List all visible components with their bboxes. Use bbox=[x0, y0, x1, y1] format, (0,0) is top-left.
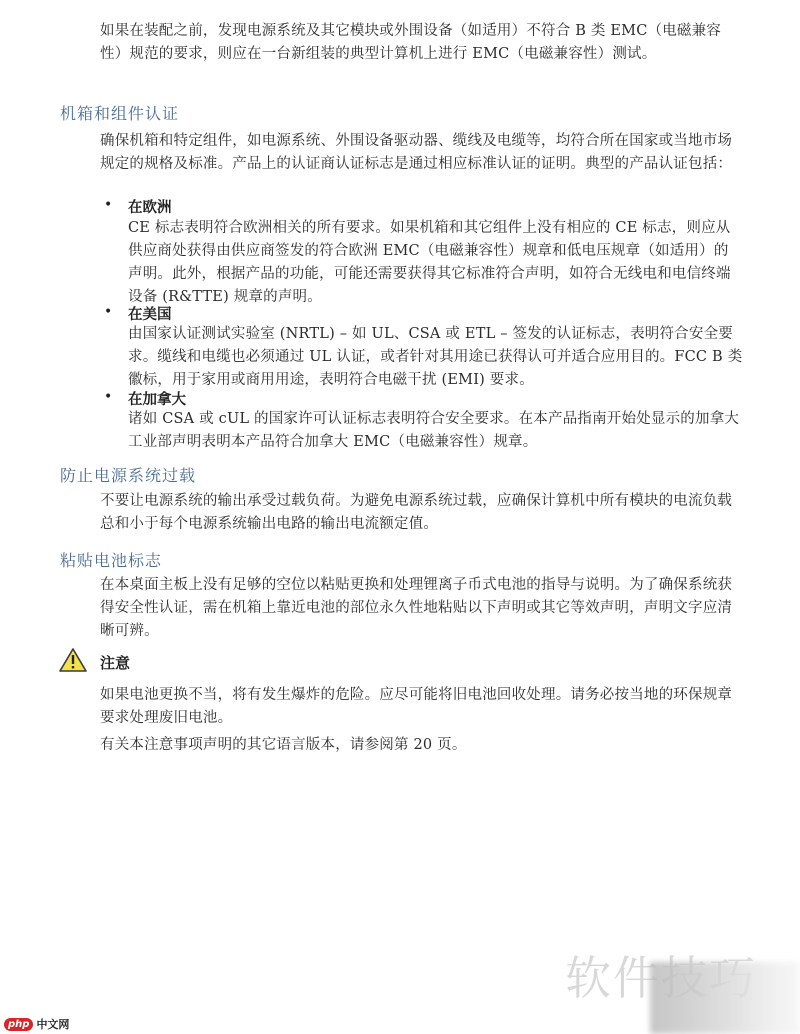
bullet-icon: • bbox=[104, 389, 112, 405]
bullet-body-usa: 由国家认证测试实验室 (NRTL) – 如 UL、CSA 或 ETL – 签发的… bbox=[128, 323, 743, 392]
bullet-icon: • bbox=[104, 304, 112, 320]
watermark-blur-overlay bbox=[650, 962, 800, 1034]
bullet-title-europe: 在欧洲 bbox=[128, 196, 172, 217]
document-page: 如果在装配之前，发现电源系统及其它模块或外围设备（如适用）不符合 B 类 EMC… bbox=[0, 0, 800, 1034]
bullet-body-europe: CE 标志表明符合欧洲相关的所有要求。如果机箱和其它组件上没有相应的 CE 标志… bbox=[128, 217, 743, 309]
caution-body: 如果电池更换不当，将有发生爆炸的危险。应尽可能将旧电池回收处理。请务必按当地的环… bbox=[100, 684, 740, 730]
caution-reference: 有关本注意事项声明的其它语言版本，请参阅第 20 页。 bbox=[100, 734, 740, 757]
section-heading-battery-label: 粘贴电池标志 bbox=[60, 548, 162, 571]
section-body-chassis-certification: 确保机箱和特定组件，如电源系统、外围设备驱动器、缆线及电缆等，均符合所在国家或当… bbox=[100, 130, 740, 176]
section-body-power-overload: 不要让电源系统的输出承受过载负荷。为避免电源系统过载，应确保计算机中所有模块的电… bbox=[100, 490, 740, 536]
bullet-title-canada: 在加拿大 bbox=[128, 388, 186, 409]
php-logo-icon: php bbox=[4, 1018, 33, 1031]
site-logo: php 中文网 bbox=[4, 1016, 69, 1032]
logo-text: 中文网 bbox=[36, 1016, 69, 1032]
section-body-battery-label: 在本桌面主板上没有足够的空位以粘贴更换和处理锂离子币式电池的指导与说明。为了确保… bbox=[100, 574, 740, 643]
bullet-title-usa: 在美国 bbox=[128, 303, 172, 324]
caution-title: 注意 bbox=[100, 652, 130, 673]
bullet-icon: • bbox=[104, 197, 112, 213]
warning-triangle-icon bbox=[58, 647, 88, 673]
section-heading-chassis-certification: 机箱和组件认证 bbox=[60, 101, 179, 124]
section-heading-power-overload: 防止电源系统过载 bbox=[60, 463, 196, 486]
bullet-body-canada: 诸如 CSA 或 cUL 的国家许可认证标志表明符合安全要求。在本产品指南开始处… bbox=[128, 408, 743, 454]
intro-paragraph: 如果在装配之前，发现电源系统及其它模块或外围设备（如适用）不符合 B 类 EMC… bbox=[100, 20, 740, 66]
